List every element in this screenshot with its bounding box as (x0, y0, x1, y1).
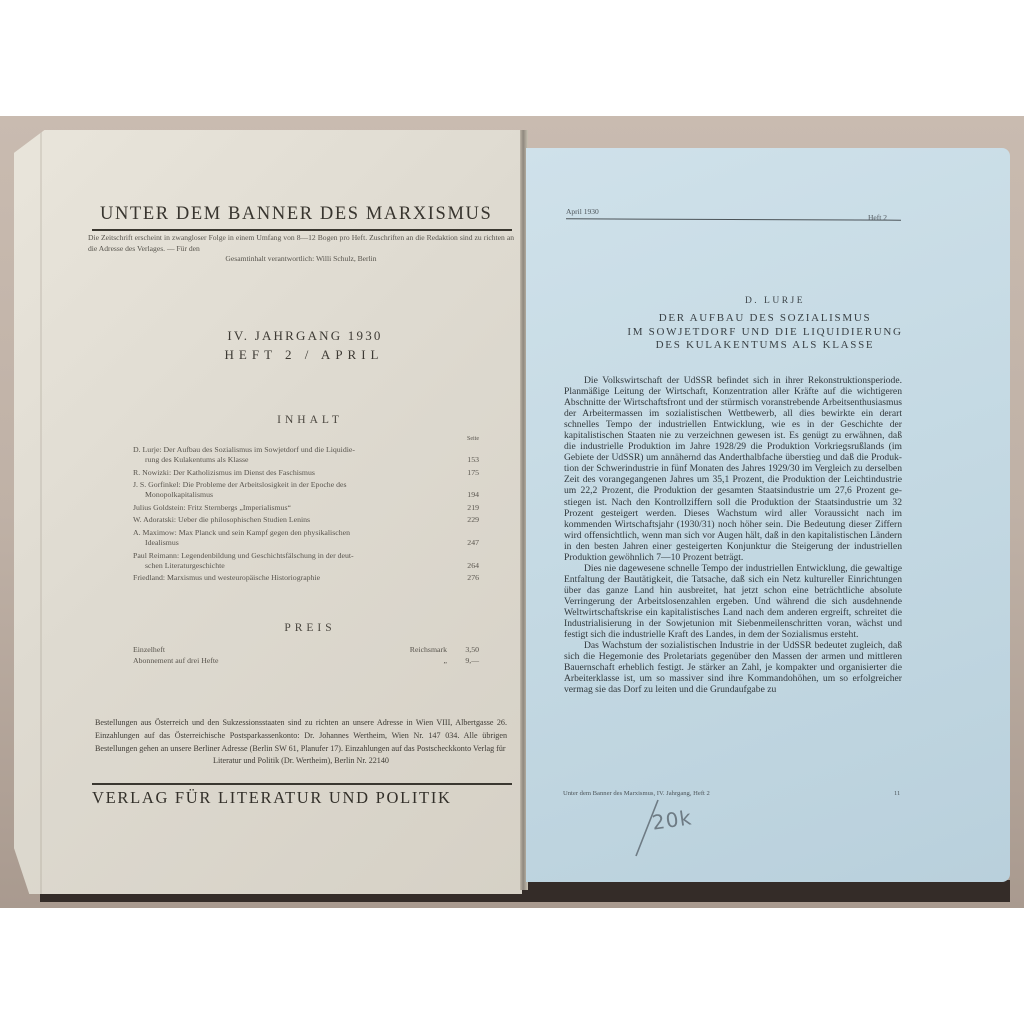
journal-masthead: UNTER DEM BANNER DES MARXISMUS (100, 204, 510, 225)
cover-fold-crease (40, 130, 42, 894)
toc-entry: W. Adoratski: Ueber die philosophischen … (133, 515, 479, 525)
table-of-contents: Seite D. Lurje: Der Aufbau des Sozialism… (133, 436, 479, 586)
article-author: D. LURJE (560, 296, 990, 306)
toc-entry: Friedland: Marxismus und westeuropäische… (133, 573, 479, 583)
article-paragraph: Dies nie dagewesene schnelle Tempo der i… (564, 563, 902, 640)
toc-entry-page: 276 (457, 573, 479, 583)
toc-entry-title: J. S. Gorfinkel: Die Probleme der Arbeit… (133, 480, 457, 500)
article-paragraph: Das Wachstum der sozialistischen Industr… (564, 640, 902, 695)
toc-entry: Julius Goldstein: Fritz Sternbergs „Impe… (133, 503, 479, 513)
toc-entry-text-continued: rung des Kulakentums als Klasse (133, 455, 457, 465)
toc-entry-page: 194 (457, 490, 479, 500)
pencil-annotation: 20k (628, 798, 718, 858)
toc-entry-text-continued: schen Literaturgeschichte (133, 561, 457, 571)
running-head-date: April 1930 (566, 207, 599, 216)
article-title-line: DER AUFBAU DES SOZIALISMUS (560, 312, 970, 326)
toc-entry-text: D. Lurje: Der Aufbau des Sozialismus im … (133, 445, 355, 454)
ordering-info: Bestellungen aus Österreich und den Sukz… (95, 717, 507, 768)
publisher-name: VERLAG FÜR LITERATUR UND POLITIK (92, 788, 512, 808)
publisher-rule (92, 783, 512, 785)
article-title: DER AUFBAU DES SOZIALISMUS IM SOWJETDORF… (560, 312, 970, 353)
toc-entry-text: Julius Goldstein: Fritz Sternbergs „Impe… (133, 503, 291, 512)
toc-entry: R. Nowizki: Der Katholizismus im Dienst … (133, 468, 479, 478)
price-value: 3,50 (447, 645, 479, 656)
toc-entry-text-continued: Monopolkapitalismus (133, 490, 457, 500)
article-paragraph: Die Volkswirtschaft der UdSSR befindet s… (564, 375, 902, 563)
toc-entry-title: D. Lurje: Der Aufbau des Sozialismus im … (133, 445, 457, 465)
toc-entry-text: Friedland: Marxismus und westeuropäische… (133, 573, 320, 582)
article-body: Die Volkswirtschaft der UdSSR befindet s… (564, 375, 902, 695)
toc-entry-title: Julius Goldstein: Fritz Sternbergs „Impe… (133, 503, 457, 513)
editorial-note: Die Zeitschrift erscheint in zwangloser … (88, 233, 514, 265)
toc-entry-title: Friedland: Marxismus und westeuropäische… (133, 573, 457, 583)
masthead-rule (92, 229, 512, 231)
toc-entry-page: 229 (457, 515, 479, 525)
price-label: Abonnement auf drei Hefte (133, 656, 377, 667)
price-list: EinzelheftReichsmark3,50Abonnement auf d… (133, 645, 479, 666)
toc-entry-page: 175 (457, 468, 479, 478)
editorial-note-line: Die Zeitschrift erscheint in zwangloser … (88, 233, 367, 242)
toc-entry-title: R. Nowizki: Der Katholizismus im Dienst … (133, 468, 457, 478)
toc-entry-text: R. Nowizki: Der Katholizismus im Dienst … (133, 468, 315, 477)
toc-entry-title: A. Maximow: Max Planck und sein Kampf ge… (133, 528, 457, 548)
page-column-label: Seite (133, 436, 479, 445)
volume-year: IV. JAHRGANG 1930 (110, 326, 500, 345)
toc-entry: A. Maximow: Max Planck und sein Kampf ge… (133, 528, 479, 548)
toc-entry-title: W. Adoratski: Ueber die philosophischen … (133, 515, 457, 525)
toc-entry-text: Paul Reimann: Legendenbildung und Geschi… (133, 551, 354, 560)
article-title-line: IM SOWJETDORF UND DIE LIQUIDIERUNG (560, 326, 970, 340)
toc-entry-text-continued: Idealismus (133, 538, 457, 548)
toc-entry-text: W. Adoratski: Ueber die philosophischen … (133, 515, 310, 524)
toc-entry: Paul Reimann: Legendenbildung und Geschi… (133, 551, 479, 571)
ordering-info-line: Bestellungen aus Österreich und den Sukz… (95, 718, 403, 727)
toc-entry-text: J. S. Gorfinkel: Die Probleme der Arbeit… (133, 480, 347, 489)
toc-entry-page: 264 (457, 561, 479, 571)
toc-entry-title: Paul Reimann: Legendenbildung und Geschi… (133, 551, 457, 571)
price-unit: „ (377, 656, 447, 667)
price-unit: Reichsmark (377, 645, 447, 656)
issue-info: IV. JAHRGANG 1930 HEFT 2 / APRIL (120, 326, 500, 364)
toc-entry-page: 219 (457, 503, 479, 513)
toc-entry: J. S. Gorfinkel: Die Probleme der Arbeit… (133, 480, 479, 500)
editorial-note-line: Gesamtinhalt verantwortlich: Willi Schul… (88, 254, 514, 265)
price-label: Einzelheft (133, 645, 377, 656)
article-title-line: DES KULAKENTUMS ALS KLASSE (560, 339, 970, 353)
ordering-info-line: Literatur und Politik (Dr. Wertheim), Be… (95, 755, 507, 768)
price-row: Abonnement auf drei Hefte„9,— (133, 656, 479, 667)
page-footer-source: Unter dem Banner des Marxismus, IV. Jahr… (563, 790, 710, 797)
toc-entry-page: 247 (457, 538, 479, 548)
price-value: 9,— (447, 656, 479, 667)
ordering-info-line: Adresse (Berlin SW 61, Planufer 17). Ein… (222, 744, 506, 753)
issue-number-month: HEFT 2 / APRIL (108, 345, 500, 364)
price-heading: PREIS (120, 622, 500, 634)
toc-entry-text: A. Maximow: Max Planck und sein Kampf ge… (133, 528, 350, 537)
contents-heading: INHALT (120, 414, 500, 426)
price-row: EinzelheftReichsmark3,50 (133, 645, 479, 656)
page-footer-number: 11 (894, 790, 900, 797)
toc-entry: D. Lurje: Der Aufbau des Sozialismus im … (133, 445, 479, 465)
toc-entry-page: 153 (457, 455, 479, 465)
